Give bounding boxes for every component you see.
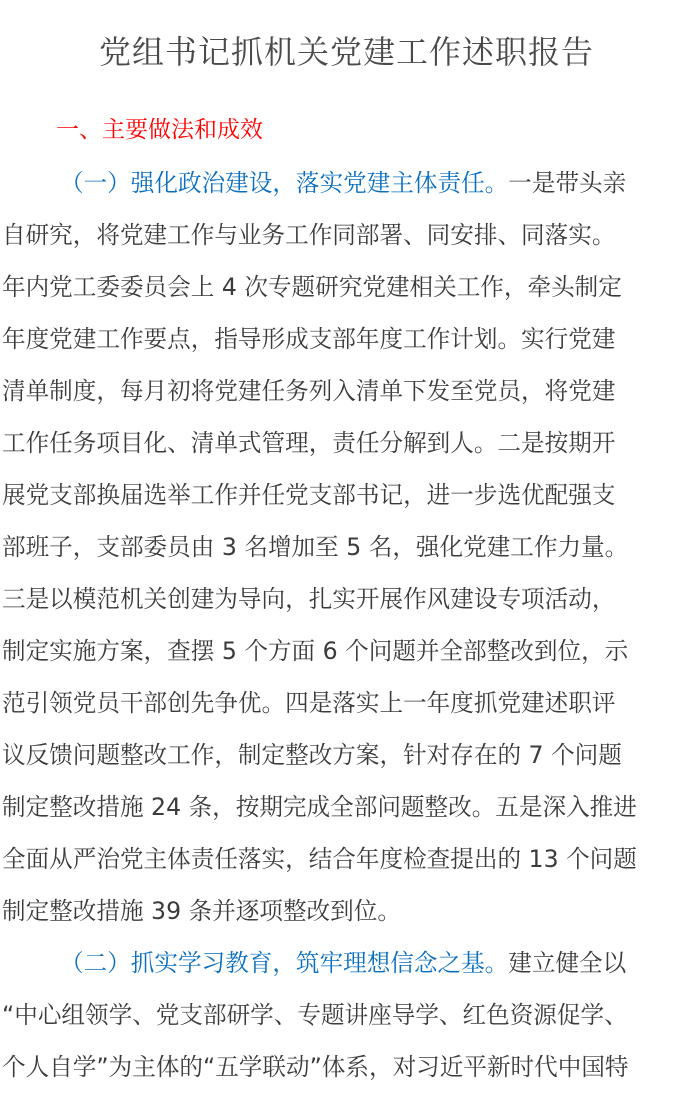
body-line: 自研究，将党建工作与业务工作同部署、同安排、同落实。	[2, 209, 693, 261]
body-line: 制定整改措施 39 条并逐项整改到位。	[2, 885, 693, 937]
paragraph-1-line-1: （一）强化政治建设，落实党建主体责任。一是带头亲	[2, 157, 693, 209]
body-text: 建立健全以	[508, 949, 626, 977]
body-line: 全面从严治党主体责任落实，结合年度检查提出的 13 个问题	[2, 833, 693, 885]
sub-heading-1: （一）强化政治建设，落实党建主体责任。	[60, 169, 508, 197]
body-text: 一是带头亲	[508, 169, 626, 197]
body-line: 工作任务项目化、清单式管理，责任分解到人。二是按期开	[2, 417, 693, 469]
body-line: 范引领党员干部创先争优。四是落实上一年度抓党建述职评	[2, 677, 693, 729]
body-line: 三是以模范机关创建为导向，扎实开展作风建设专项活动，	[2, 573, 693, 625]
document-page: 党组书记抓机关党建工作述职报告 一、主要做法和成效 （一）强化政治建设，落实党建…	[0, 0, 693, 1097]
body-line: 展党支部换届选举工作并任党支部书记，进一步选优配强支	[2, 469, 693, 521]
section-heading: 一、主要做法和成效	[56, 112, 263, 148]
body-line: 年度党建工作要点，指导形成支部年度工作计划。实行党建	[2, 313, 693, 365]
body-line: 个人自学”为主体的“五学联动”体系，对习近平新时代中国特	[2, 1041, 693, 1093]
body-line: 制定实施方案，查摆 5 个方面 6 个问题并全部整改到位，示	[2, 625, 693, 677]
body-line: 制定整改措施 24 条，按期完成全部问题整改。五是深入推进	[2, 781, 693, 833]
paragraph-1: （一）强化政治建设，落实党建主体责任。一是带头亲 自研究，将党建工作与业务工作同…	[2, 157, 693, 937]
document-title: 党组书记抓机关党建工作述职报告	[0, 30, 693, 74]
sub-heading-2: （二）抓实学习教育，筑牢理想信念之基。	[60, 949, 508, 977]
body-line: 年内党工委委员会上 4 次专题研究党建相关工作，牵头制定	[2, 261, 693, 313]
paragraph-2-line-1: （二）抓实学习教育，筑牢理想信念之基。建立健全以	[2, 937, 693, 989]
paragraph-2: （二）抓实学习教育，筑牢理想信念之基。建立健全以 “中心组领学、党支部研学、专题…	[2, 937, 693, 1093]
body-line: 清单制度，每月初将党建任务列入清单下发至党员，将党建	[2, 365, 693, 417]
body-line: 部班子，支部委员由 3 名增加至 5 名，强化党建工作力量。	[2, 521, 693, 573]
body-line: 议反馈问题整改工作，制定整改方案，针对存在的 7 个问题	[2, 729, 693, 781]
body-line: “中心组领学、党支部研学、专题讲座导学、红色资源促学、	[2, 989, 693, 1041]
